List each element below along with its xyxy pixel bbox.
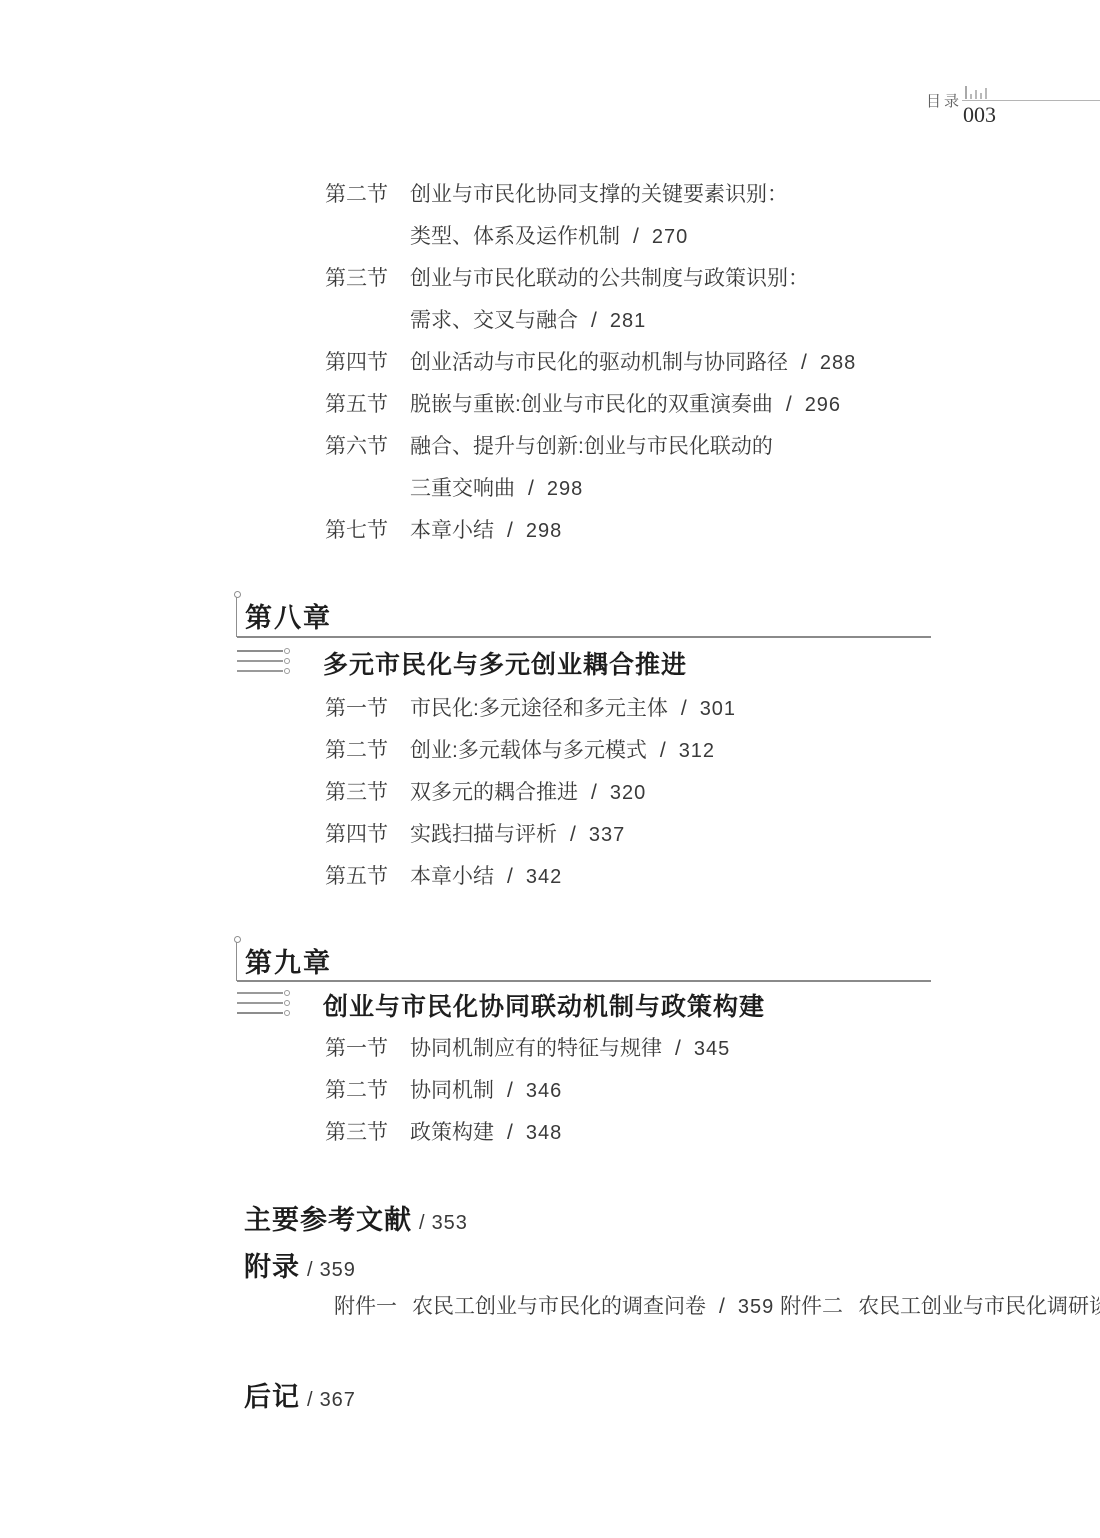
section-label: 第六节 — [325, 426, 410, 468]
postscript-title: 后记 — [244, 1382, 300, 1412]
page-number: 288 — [820, 352, 856, 374]
appendix-title: 附录 — [244, 1252, 300, 1282]
chapter8-section-list: 第一节市民化:多元途径和多元主体/301 第二节创业:多元载体与多元模式/312… — [325, 688, 736, 898]
section-label: 第二节 — [325, 1070, 410, 1112]
slash-separator: / — [591, 309, 597, 332]
toc-entry: 第三节政策构建/348 — [325, 1112, 730, 1154]
section-title: 创业:多元载体与多元模式 — [410, 739, 647, 762]
toc-entry: 第二节创业与市民化协同支撑的关键要素识别： — [325, 174, 856, 216]
chapter8-number: 第八章 — [245, 596, 332, 635]
toc-entry: 需求、交叉与融合/281 — [325, 300, 856, 342]
section-label: 第一节 — [325, 688, 410, 730]
section-label: 第四节 — [325, 342, 410, 384]
slash-separator: / — [507, 1121, 513, 1144]
section-label: 第三节 — [325, 1112, 410, 1154]
attachment-label: 附件二 — [780, 1285, 858, 1328]
page-number: 359 — [738, 1296, 774, 1318]
section-title: 需求、交叉与融合 — [410, 309, 578, 332]
section-title: 本章小结 — [410, 865, 494, 888]
slash-separator: / — [570, 823, 576, 846]
slash-separator: / — [307, 1389, 313, 1411]
toc-page: 目录 003 第二节创业与市民化协同支撑的关键要素识别： 类型、体系及运作机制/… — [0, 0, 1100, 1538]
section-title: 本章小结 — [410, 519, 494, 542]
page-number: 359 — [320, 1259, 356, 1281]
toc-entry: 第四节创业活动与市民化的驱动机制与协同路径/288 — [325, 342, 856, 384]
slash-separator: / — [719, 1295, 725, 1318]
slash-separator: / — [681, 697, 687, 720]
page-number: 312 — [679, 740, 715, 762]
section-title: 类型、体系及运作机制 — [410, 225, 620, 248]
toc-entry: 第一节协同机制应有的特征与规律/345 — [325, 1028, 730, 1070]
chapter8-rule — [237, 636, 931, 638]
section-label: 第五节 — [325, 856, 410, 898]
toc-entry: 第五节本章小结/342 — [325, 856, 736, 898]
section-title: 协同机制 — [410, 1079, 494, 1102]
chapter8-title: 多元市民化与多元创业耦合推进 — [323, 645, 687, 681]
bar-chart-icon — [965, 85, 997, 99]
toc-entry: 类型、体系及运作机制/270 — [325, 216, 856, 258]
page-number: 345 — [694, 1038, 730, 1060]
toc-entry: 第三节双多元的耦合推进/320 — [325, 772, 736, 814]
chapter9-list-decoration — [237, 988, 290, 1018]
chapter8-vertical-line — [236, 597, 237, 637]
toc-entry: 附件一农民工创业与市民化的调查问卷/359 — [334, 1295, 774, 1318]
page-number: 298 — [547, 478, 583, 500]
section-label: 第七节 — [325, 510, 410, 552]
slash-separator: / — [307, 1259, 313, 1281]
page-number: 337 — [589, 824, 625, 846]
header-page-number: 003 — [963, 102, 996, 128]
attachment-title: 农民工创业与市民化调研谈话提纲 — [858, 1295, 1100, 1318]
toc-entry: 第五节脱嵌与重嵌:创业与市民化的双重演奏曲/296 — [325, 384, 856, 426]
chapter9-number: 第九章 — [245, 941, 332, 980]
section-title: 创业与市民化协同支撑的关键要素识别： — [410, 183, 788, 206]
slash-separator: / — [507, 865, 513, 888]
slash-separator: / — [660, 739, 666, 762]
section-title: 脱嵌与重嵌:创业与市民化的双重演奏曲 — [410, 393, 773, 416]
slash-separator: / — [507, 1079, 513, 1102]
section-label: 第五节 — [325, 384, 410, 426]
slash-separator: / — [528, 477, 534, 500]
section-title: 融合、提升与创新:创业与市民化联动的 — [410, 435, 773, 458]
header-section-label: 目录 — [926, 90, 962, 111]
section-title: 市民化:多元途径和多元主体 — [410, 697, 668, 720]
chapter8-list-decoration — [237, 646, 290, 676]
section-label: 第一节 — [325, 1028, 410, 1070]
chapter9-title: 创业与市民化协同联动机制与政策构建 — [323, 987, 765, 1023]
slash-separator: / — [507, 519, 513, 542]
appendix-entry: 附录/359 — [244, 1245, 356, 1284]
header-rule — [962, 100, 1100, 101]
page-number: 353 — [432, 1212, 468, 1234]
page-number: 320 — [610, 782, 646, 804]
toc-entry: 第二节创业:多元载体与多元模式/312 — [325, 730, 736, 772]
appendix-attachments-list: 附件一农民工创业与市民化的调查问卷/359 附件二农民工创业与市民化调研谈话提纲… — [334, 1285, 1100, 1329]
slash-separator: / — [675, 1037, 681, 1060]
page-number: 367 — [320, 1389, 356, 1411]
toc-entry: 第三节创业与市民化联动的公共制度与政策识别： — [325, 258, 856, 300]
postscript-entry: 后记/367 — [244, 1375, 356, 1414]
toc-entry: 第七节本章小结/298 — [325, 510, 856, 552]
toc-entry: 附件二农民工创业与市民化调研谈话提纲/365 — [780, 1295, 1100, 1318]
toc-entry: 第六节融合、提升与创新:创业与市民化联动的 — [325, 426, 856, 468]
slash-separator: / — [786, 393, 792, 416]
section-title: 双多元的耦合推进 — [410, 781, 578, 804]
toc-entry: 第一节市民化:多元途径和多元主体/301 — [325, 688, 736, 730]
page-number: 298 — [526, 520, 562, 542]
section-label: 第二节 — [325, 730, 410, 772]
slash-separator: / — [591, 781, 597, 804]
chapter9-section-list: 第一节协同机制应有的特征与规律/345 第二节协同机制/346 第三节政策构建/… — [325, 1028, 730, 1154]
section-label: 第三节 — [325, 258, 410, 300]
page-number: 342 — [526, 866, 562, 888]
section-title: 创业与市民化联动的公共制度与政策识别： — [410, 267, 809, 290]
section-title: 三重交响曲 — [410, 477, 515, 500]
attachment-title: 农民工创业与市民化的调查问卷 — [412, 1295, 706, 1318]
slash-separator: / — [419, 1212, 425, 1234]
toc-entry: 三重交响曲/298 — [325, 468, 856, 510]
page-number: 346 — [526, 1080, 562, 1102]
section-title: 协同机制应有的特征与规律 — [410, 1037, 662, 1060]
page-number: 296 — [805, 394, 841, 416]
slash-separator: / — [633, 225, 639, 248]
toc-entry: 第四节实践扫描与评析/337 — [325, 814, 736, 856]
references-entry: 主要参考文献/353 — [244, 1198, 468, 1237]
references-title: 主要参考文献 — [244, 1205, 412, 1235]
section-title: 政策构建 — [410, 1121, 494, 1144]
page-number: 270 — [652, 226, 688, 248]
section-title: 创业活动与市民化的驱动机制与协同路径 — [410, 351, 788, 374]
section-label: 第二节 — [325, 174, 410, 216]
slash-separator: / — [801, 351, 807, 374]
page-number: 281 — [610, 310, 646, 332]
chapter7-section-list: 第二节创业与市民化协同支撑的关键要素识别： 类型、体系及运作机制/270 第三节… — [325, 174, 856, 552]
page-number: 301 — [700, 698, 736, 720]
chapter9-vertical-line — [236, 942, 237, 981]
page-number: 348 — [526, 1122, 562, 1144]
toc-entry: 第二节协同机制/346 — [325, 1070, 730, 1112]
section-label: 第三节 — [325, 772, 410, 814]
section-title: 实践扫描与评析 — [410, 823, 557, 846]
attachment-label: 附件一 — [334, 1285, 412, 1328]
chapter9-rule — [237, 980, 931, 982]
section-label: 第四节 — [325, 814, 410, 856]
